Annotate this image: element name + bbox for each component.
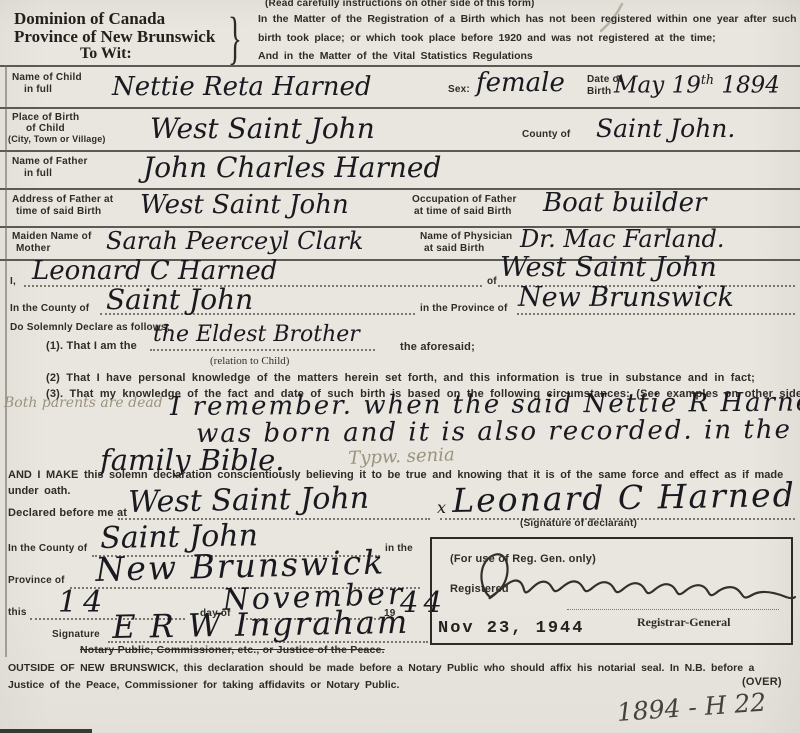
relation-caption: (relation to Child) xyxy=(210,355,289,367)
bottom-county-label: In the County of xyxy=(8,543,87,554)
registrar-general-caption: Registrar-General xyxy=(637,615,731,630)
item1-post: the aforesaid; xyxy=(400,341,475,353)
dominion-title: Dominion of Canada xyxy=(14,9,165,29)
dob-ordinal: th xyxy=(701,72,714,87)
rule-header xyxy=(0,65,800,67)
i-label: I, xyxy=(10,276,16,287)
declarant-county-label: In the County of xyxy=(10,303,89,314)
scan-edge-mark xyxy=(0,729,92,733)
matter-paragraph: In the Matter of the Registration of a B… xyxy=(258,10,798,48)
dob-year: 1894 xyxy=(721,73,780,99)
birthplace-label-2: of Child xyxy=(26,123,65,134)
rule-row1 xyxy=(0,107,800,109)
to-wit-label: To Wit: xyxy=(80,45,132,63)
declarant-province-line xyxy=(517,313,795,315)
father-address-label: Address of Father at xyxy=(12,194,113,205)
physician-label-2: at said Birth xyxy=(424,243,484,254)
father-occupation-label-2: at time of said Birth xyxy=(414,206,512,217)
pencil-note-parents: Both parents are dead xyxy=(4,396,163,410)
outside-nb-note: OUTSIDE OF NEW BRUNSWICK, this declarati… xyxy=(8,660,794,694)
father-name-value: John Charles Harned xyxy=(143,154,441,182)
brace-glyph: } xyxy=(228,4,242,71)
signature-label: Signature xyxy=(52,629,100,640)
birthplace-value: West Saint John xyxy=(150,115,375,143)
father-occupation-label: Occupation of Father xyxy=(412,194,517,205)
father-occupation-value: Boat builder xyxy=(543,190,706,216)
dob-value: May 19th 1894 xyxy=(614,74,780,98)
declared-before-label: Declared before me at xyxy=(8,507,127,519)
relation-line xyxy=(150,349,375,351)
day-value: 14 xyxy=(58,588,108,618)
relation-value: the Eldest Brother xyxy=(153,324,360,346)
bottom-province-label: Province of xyxy=(8,575,65,586)
declarant-county-value: Saint John xyxy=(106,286,253,314)
birth-registration-form: (Read carefully instructions on other si… xyxy=(0,0,800,733)
dob-day: May 19 xyxy=(614,73,701,99)
registrar-signature-line xyxy=(567,609,779,610)
father-address-value: West Saint John xyxy=(140,192,349,218)
of-label: of xyxy=(487,276,497,287)
province-title: Province of New Brunswick xyxy=(14,27,215,47)
registrar-general-box: (For use of Reg. Gen. only) Registered R… xyxy=(430,537,793,645)
father-name-label: Name of Father xyxy=(12,156,88,167)
birthplace-label: Place of Birth xyxy=(12,112,79,123)
signature-caption: (Signature of declarant) xyxy=(520,518,637,529)
circumstances-line2: was born and it is also recorded. in the xyxy=(196,417,792,447)
in-the-label: in the xyxy=(385,543,413,554)
officer-titles-struck: Notary Public, Commissioner, etc., or Ju… xyxy=(80,645,385,657)
read-instructions-note: (Read carefully instructions on other si… xyxy=(265,0,535,9)
over-label: (OVER) xyxy=(742,676,782,688)
birthplace-label-3: (City, Town or Village) xyxy=(8,135,106,145)
matter-line2: And in the Matter of the Vital Statistic… xyxy=(258,48,533,64)
file-number: 1894 - H 22 xyxy=(616,690,767,725)
declarant-province-label: in the Province of xyxy=(420,303,508,314)
declarant-name-value: Leonard C Harned xyxy=(32,258,277,284)
child-name-label: Name of Child xyxy=(12,72,82,83)
declarant-residence-value: West Saint John xyxy=(500,254,717,281)
registrar-general-signature xyxy=(474,545,796,611)
father-name-label-2: in full xyxy=(24,168,52,179)
signature-x-mark: x xyxy=(437,500,446,516)
item1-pre: (1). That I am the xyxy=(46,340,137,352)
mother-name-value: Sarah Peerceyl Clark xyxy=(106,229,363,253)
father-address-label-2: time of said Birth xyxy=(16,206,101,217)
solemnly-declare-label: Do Solemnly Declare as follows: xyxy=(10,322,170,333)
county-label: County of xyxy=(522,129,570,140)
child-name-value: Nettie Reta Harned xyxy=(112,74,372,100)
declarant-province-value: New Brunswick xyxy=(518,284,734,311)
physician-value: Dr. Mac Farland. xyxy=(520,227,725,251)
registered-date-stamp: Nov 23, 1944 xyxy=(438,619,584,638)
declarant-signature: Leonard C Harned xyxy=(452,478,796,517)
sex-label: Sex: xyxy=(448,84,470,95)
left-border xyxy=(5,65,7,657)
sex-value: female xyxy=(476,70,565,96)
dob-label-2: Birth xyxy=(587,86,611,97)
county-value: Saint John. xyxy=(596,116,735,141)
declared-place-value: West Saint John xyxy=(128,484,369,518)
mother-label: Maiden Name of xyxy=(12,231,91,242)
item2-text: (2) That I have personal knowledge of th… xyxy=(46,372,755,384)
child-name-label-2: in full xyxy=(24,84,52,95)
officer-signature: E R W Ingraham xyxy=(112,606,410,643)
pencil-note-typw: Typw. senia xyxy=(348,446,455,468)
physician-label: Name of Physician xyxy=(420,231,512,242)
this-label: this xyxy=(8,607,27,618)
mother-label-2: Mother xyxy=(16,243,51,254)
